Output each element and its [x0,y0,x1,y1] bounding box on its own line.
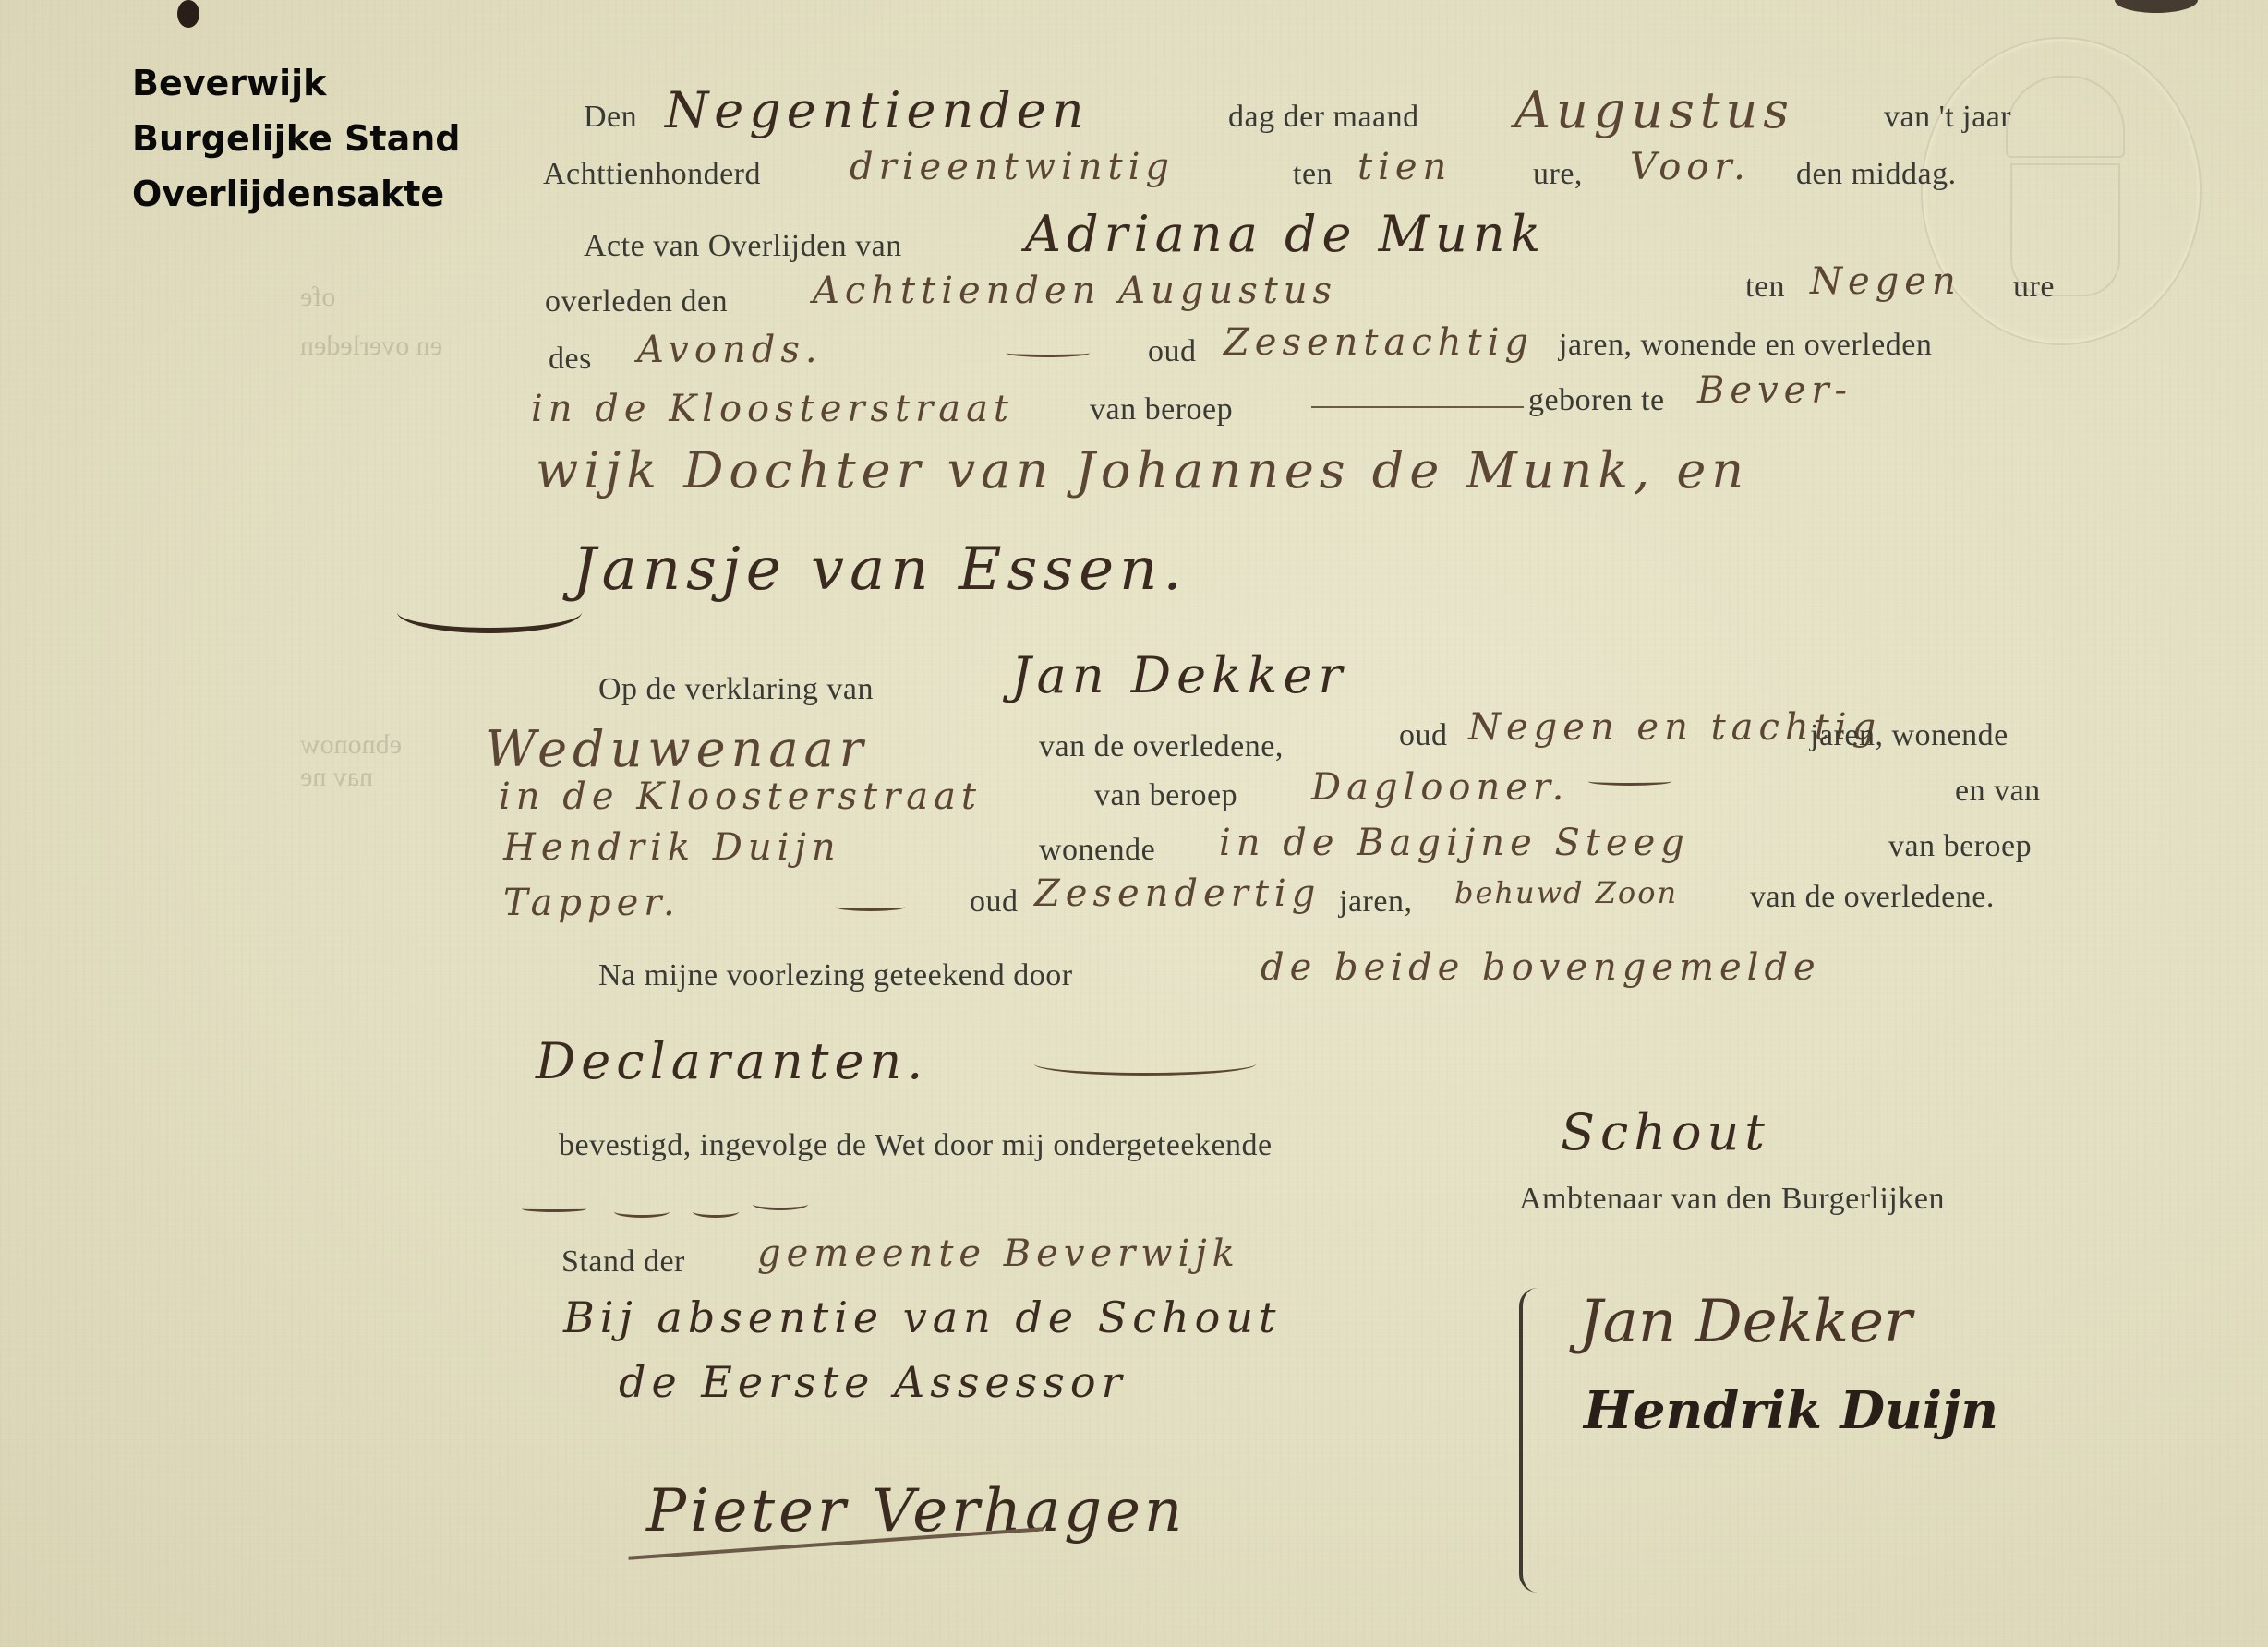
flourish-line [1007,349,1090,357]
hand-part-of-day: Avonds. [637,329,823,371]
label-record-type: Overlijdensakte [132,166,461,222]
hand-signers: de beide bovengemelde [1261,946,1821,989]
print-en-van: en van [1955,774,2041,809]
print-geboren-te: geboren te [1528,383,1665,418]
print-van-beroep-3: van beroep [1888,829,2032,864]
hand-year: drieentwintig [850,146,1175,188]
flourish-line [1588,777,1671,786]
print-ure: ure, [1533,157,1583,192]
hand-declarant1-name: Jan Dekker [1011,646,1347,704]
hand-deceased-name: Adriana de Munk [1025,205,1546,263]
show-through-text: en overleden [300,331,442,362]
print-van-beroep-2: van beroep [1094,778,1237,813]
hand-voor: Voor. [1630,146,1751,188]
flourish-line [693,1206,739,1218]
print-den: Den [584,100,637,135]
flourish-line [614,1206,670,1218]
print-ambtenaar: Ambtenaar van den Burgerlijken [1519,1182,1945,1217]
hand-parents-line: wijk Dochter van Johannes de Munk, en [536,441,1749,499]
print-overleden-den: overleden den [545,284,728,319]
print-oud: oud [1148,334,1197,369]
print-ten-2: ten [1745,270,1785,305]
show-through-text: nav ne [300,762,373,793]
print-ure-2: ure [2013,270,2055,305]
hand-hour: tien [1357,146,1452,188]
flourish-swash [397,591,582,633]
hand-declarant2-age: Zesendertig [1034,872,1321,915]
print-van-t-jaar: van 't jaar [1884,100,2011,135]
print-stand-der: Stand der [561,1244,685,1280]
label-registry: Burgelijke Stand [132,111,461,166]
flourish-line [522,1206,586,1212]
hand-day: Negentienden [665,81,1090,139]
print-den-middag: den middag. [1796,157,1957,192]
print-oud-2: oud [1399,718,1448,753]
print-ten: ten [1293,157,1333,192]
hand-declarant1-relation: Weduwenaar [485,720,869,778]
flourish-line [753,1198,808,1210]
hand-gemeente: gemeente Beverwijk [757,1232,1240,1275]
print-jaren-wonende: jaren, wonende en overleden [1559,328,1932,363]
signature-declarant1: Jan Dekker [1579,1288,1912,1356]
hand-declarant2-occupation: Tapper. [503,882,681,924]
print-bevestigd: bevestigd, ingevolge de Wet door mij ond… [559,1128,1273,1163]
print-dag-der-maand: dag der maand [1228,100,1419,135]
hand-declaranten: Declaranten. [536,1032,928,1090]
print-acte: Acte van Overlijden van [584,229,902,264]
print-van-de-overledene-2: van de overledene. [1750,880,1995,915]
hand-declarant2-residence: in de Bagijne Steeg [1219,822,1690,864]
show-through-text: ofe [300,282,335,313]
print-van-de-overledene: van de overledene, [1039,729,1284,764]
print-year-prefix: Achttienhonderd [543,157,761,192]
print-wonende: wonende [1039,833,1155,868]
flourish-swash [1034,1052,1256,1076]
hand-death-date: Achttienden Augustus [813,270,1337,312]
ink-stain-top-left [177,0,199,28]
hand-declarant1-occupation: Daglooner. [1311,766,1569,809]
print-des: des [549,342,592,377]
hand-absentie: Bij absentie van de Schout [563,1292,1281,1342]
hand-assessor: de Eerste Assessor [619,1357,1128,1407]
embossed-seal-icon [1921,37,2202,345]
hand-mother-name: Jansje van Essen. [573,535,1188,604]
signature-declarant2: Hendrik Duijn [1584,1380,1998,1441]
print-op-de-verklaring: Op de verklaring van [598,672,874,707]
hand-birthplace-start: Bever- [1697,369,1852,412]
print-oud-3: oud [970,884,1019,920]
hand-residence: in de Kloosterstraat [531,388,1014,430]
hand-declarant2-name: Hendrik Duijn [503,826,841,869]
blank-occupation-line [1311,406,1524,408]
show-through-text: ebnonow [300,729,402,761]
hand-age: Zesentachtig [1224,321,1534,364]
signature-brace [1519,1288,1550,1593]
hand-death-hour: Negen [1810,260,1961,303]
print-van-beroep: van beroep [1090,392,1233,427]
seal-crown-icon [2006,76,2125,158]
hand-declarant1-residence: in de Kloosterstraat [499,775,982,818]
hand-schout: Schout [1561,1103,1770,1161]
label-place: Beverwijk [132,55,461,111]
hand-month: Augustus [1514,81,1794,139]
hand-declarant2-relation: behuwd Zoon [1454,875,1678,910]
archive-label: Beverwijk Burgelijke Stand Overlijdensak… [132,55,461,222]
print-na-mijne-voorlezing: Na mijne voorlezing geteekend door [598,958,1073,993]
print-jaren-wonende-2: jaren, wonende [1810,718,2009,753]
flourish-line [836,903,905,911]
ink-stain-top-right [2115,0,2198,13]
print-jaren: jaren, [1339,884,1412,920]
